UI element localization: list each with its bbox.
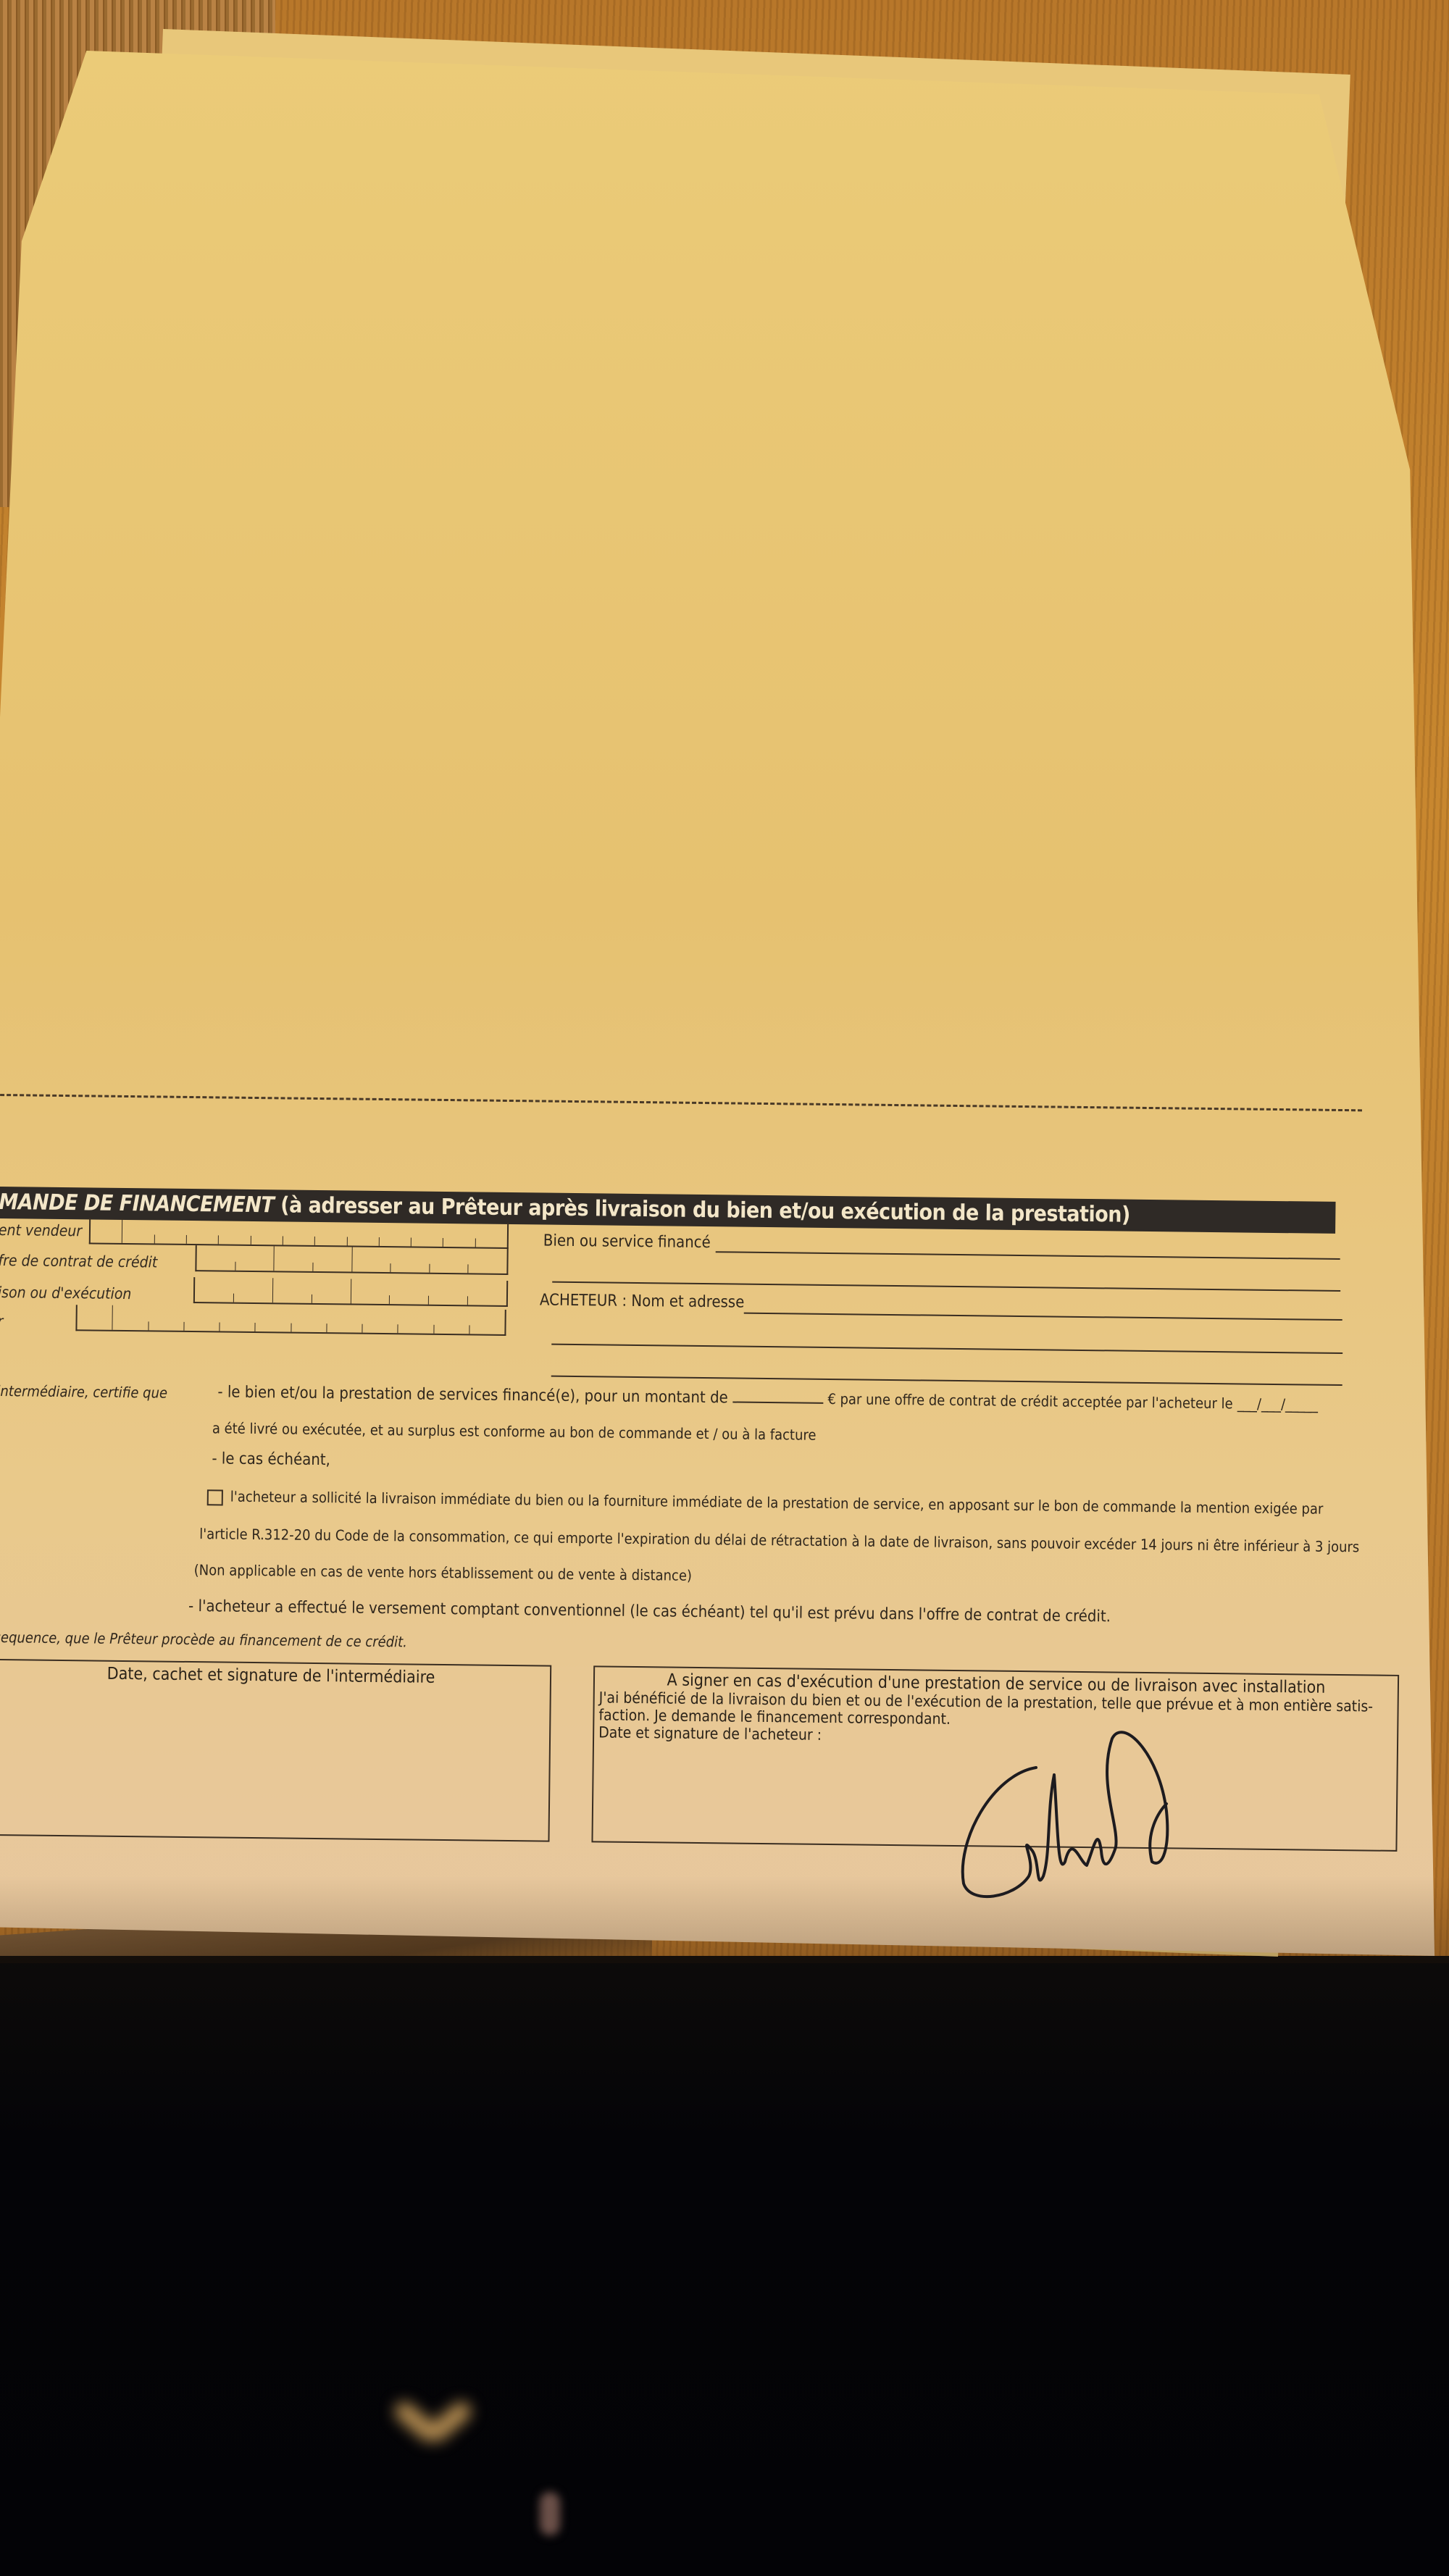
certification-intro: intermédiaire, certifie que	[0, 1382, 167, 1402]
dark-background	[0, 1956, 1449, 2576]
acheteur-label: ACHETEUR : Nom et adresse	[540, 1291, 745, 1311]
intermediary-signature-box[interactable]: Date, cachet et signature de l'intermédi…	[0, 1659, 551, 1842]
blurred-light-dot	[540, 2492, 560, 2535]
acheteur-input[interactable]	[744, 1313, 1342, 1321]
field-label-agent-vendeur: ent vendeur	[0, 1221, 82, 1239]
montant-cells[interactable]	[75, 1305, 506, 1336]
field-label-date-livraison: ison ou d'exécution	[0, 1284, 131, 1302]
acceptance-date-input[interactable]: ___/___/_____	[1237, 1394, 1318, 1413]
certification-line6: (Non applicable en cas de vente hors éta…	[194, 1561, 693, 1584]
bien-service-label: Bien ou service financé	[543, 1232, 711, 1253]
certification-line4-text: l'acheteur a sollicité la livraison immé…	[230, 1488, 1324, 1518]
immediate-delivery-checkbox[interactable]	[207, 1489, 223, 1505]
field-label-offre-credit: fre de contrat de crédit	[0, 1252, 157, 1271]
acheteur-input-line3[interactable]	[551, 1376, 1342, 1386]
certification-line1-a: - le bien et/ou la prestation de service…	[217, 1383, 728, 1407]
blurred-light-reflection	[391, 2398, 478, 2449]
bien-service-input-line2[interactable]	[552, 1281, 1340, 1292]
intermediary-box-title: Date, cachet et signature de l'intermédi…	[0, 1663, 550, 1689]
certification-line1-b: € par une offre de contrat de crédit acc…	[827, 1390, 1233, 1412]
bien-service-input[interactable]	[716, 1251, 1340, 1260]
offre-credit-cells[interactable]	[195, 1245, 508, 1275]
montant-input[interactable]	[732, 1401, 823, 1403]
agent-vendeur-cells[interactable]	[89, 1218, 509, 1249]
certification-line7: - l'acheteur a effectué le versement com…	[188, 1597, 1111, 1626]
certification-line3: - le cas échéant,	[212, 1450, 330, 1469]
acheteur-input-line2[interactable]	[551, 1344, 1342, 1354]
certification-line1: - le bien et/ou la prestation de service…	[217, 1383, 1318, 1413]
certification-line2: a été livré ou exécutée, et au surplus e…	[212, 1419, 817, 1443]
certification-line5: l'article R.312-20 du Code de la consomm…	[199, 1525, 1359, 1555]
date-livraison-cells[interactable]	[193, 1277, 508, 1307]
field-label-montant: r	[0, 1313, 3, 1330]
banner-title-bold: MANDE DE FINANCEMENT	[0, 1189, 275, 1218]
certification-line8: sequence, que le Prêteur procède au fina…	[0, 1628, 407, 1650]
certification-line4: l'acheteur a sollicité la livraison immé…	[207, 1487, 1324, 1518]
buyer-handwritten-signature	[949, 1724, 1239, 1905]
